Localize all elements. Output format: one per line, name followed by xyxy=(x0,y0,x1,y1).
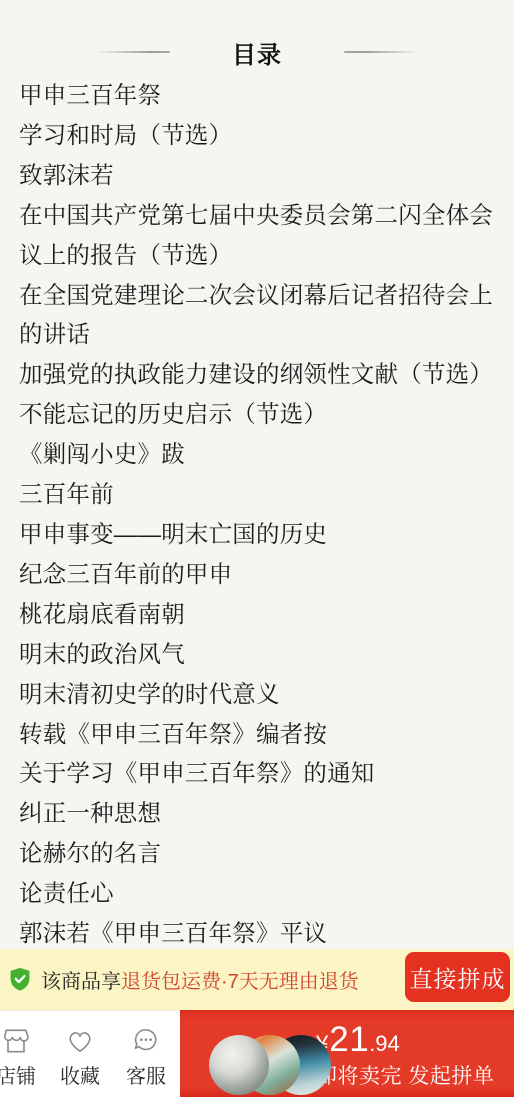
price-decimal: .94 xyxy=(369,1033,400,1055)
toc-line: 纠正一种思想 xyxy=(19,794,514,834)
toc-line: 甲申三百年祭 xyxy=(19,76,514,116)
guarantee-bar: 该商品享退货包运费·7天无理由退货 直接拼成 xyxy=(0,949,514,1010)
toc-line: 关于学习《甲申三百年祭》的通知 xyxy=(19,754,514,794)
toc-line: 在全国党建理论二次会议闭幕后记者招待会上 xyxy=(19,276,514,316)
toc-line: 桃花扇底看南朝 xyxy=(19,595,514,635)
guarantee-text: 该商品享退货包运费·7天无理由退货 xyxy=(41,965,359,994)
shield-check-icon xyxy=(8,966,32,993)
toc-line: 不能忘记的历史启示（节选） xyxy=(19,395,514,435)
tab-shop[interactable]: 店铺 xyxy=(0,1011,46,1097)
toc-line: 加强党的执政能力建设的纲领性文献（节选） xyxy=(19,355,514,395)
tab-favorite-label: 收藏 xyxy=(60,1060,100,1089)
toc-list: 甲申三百年祭 学习和时局（节选） 致郭沫若 在中国共产党第七届中央委员会第二闪全… xyxy=(19,76,514,954)
product-thumb xyxy=(209,1035,269,1095)
bottom-bar: 店铺 收藏 客服 xyxy=(0,1010,514,1097)
price: ¥ 21 .94 xyxy=(316,1022,400,1057)
tab-customer-service-label: 客服 xyxy=(126,1060,166,1089)
tab-favorite[interactable]: 收藏 xyxy=(50,1011,110,1097)
product-detail-page: 目录 甲申三百年祭 学习和时局（节选） 致郭沫若 在中国共产党第七届中央委员会第… xyxy=(0,0,514,1097)
toc-line: 在中国共产党第七届中央委员会第二闪全体会 xyxy=(19,196,514,236)
toc-line: 明末的政治风气 xyxy=(19,635,514,675)
tab-shop-label: 店铺 xyxy=(0,1060,36,1089)
toc-line: 甲申事变——明末亡国的历史 xyxy=(19,515,514,555)
right-dash-rule xyxy=(344,51,420,53)
direct-group-buy-button[interactable]: 直接拼成 xyxy=(405,952,510,1002)
tab-customer-service[interactable]: 客服 xyxy=(116,1011,176,1097)
toc-line: 纪念三百年前的甲申 xyxy=(19,555,514,595)
heart-icon xyxy=(64,1025,96,1057)
price-integer: 21 xyxy=(329,1022,369,1057)
toc-line: 明末清初史学的时代意义 xyxy=(19,675,514,715)
storefront-icon xyxy=(0,1025,32,1057)
guarantee-prefix: 该商品享 xyxy=(41,971,121,993)
free-return-highlight: 退货包运费·7天无理由退货 xyxy=(121,971,359,993)
toc-line: 学习和时局（节选） xyxy=(19,116,514,156)
left-dash-rule xyxy=(94,51,170,53)
toc-line: 郭沫若《甲申三百年祭》平议 xyxy=(19,914,514,954)
toc-header: 目录 xyxy=(0,36,514,68)
toc-title: 目录 xyxy=(232,35,282,70)
group-buy-panel[interactable]: ¥ 21 .94 即将卖完 发起拼单 xyxy=(180,1010,514,1097)
stock-status-text: 即将卖完 发起拼单 xyxy=(316,1060,494,1090)
toc-line: 《剿闯小史》跋 xyxy=(19,435,514,475)
toc-line: 论责任心 xyxy=(19,874,514,914)
chat-bubble-icon xyxy=(130,1025,162,1057)
toc-line: 议上的报告（节选） xyxy=(19,236,514,276)
bottom-tabs: 店铺 收藏 客服 xyxy=(0,1010,180,1097)
toc-line: 致郭沫若 xyxy=(19,156,514,196)
toc-line: 三百年前 xyxy=(19,475,514,515)
toc-line: 论赫尔的名言 xyxy=(19,834,514,874)
toc-line: 转载《甲申三百年祭》编者按 xyxy=(19,715,514,755)
toc-line: 的讲话 xyxy=(19,315,514,355)
